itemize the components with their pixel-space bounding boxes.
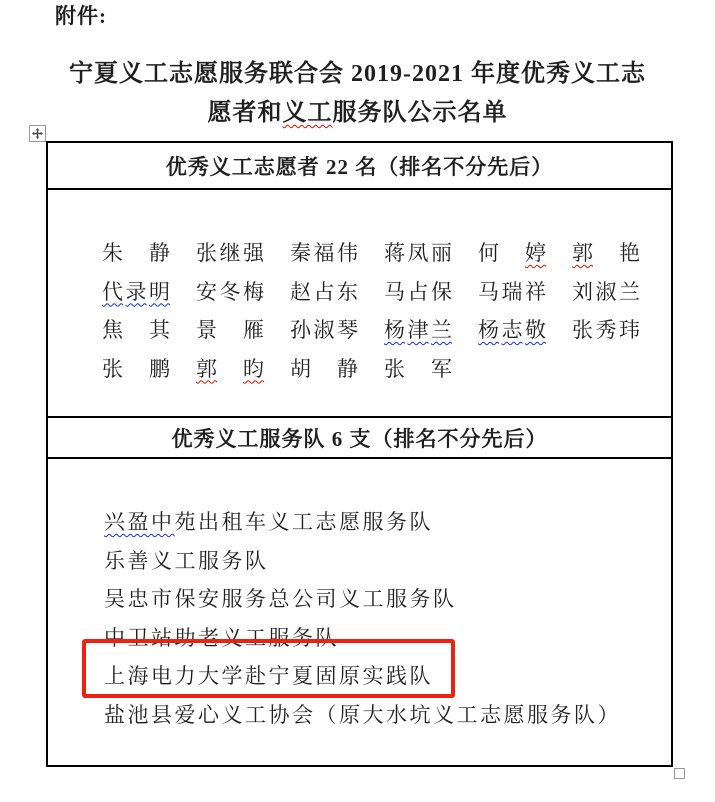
volunteer-name-char: 张 xyxy=(102,350,123,389)
spellcheck-underline-text: 义工 xyxy=(283,100,333,126)
volunteer-name-char: 何 xyxy=(478,234,499,273)
volunteer-name-char: 赵 xyxy=(290,273,311,312)
volunteer-name-char: 静 xyxy=(337,350,358,389)
volunteer-name: 代录明 xyxy=(102,273,170,312)
volunteer-names-cell: 朱静张继强秦福伟蒋凤丽何婷郭艳代录明安冬梅赵占东马占保马瑞祥刘淑兰焦其景雁孙淑琴… xyxy=(48,190,671,418)
volunteer-name-char: 兰 xyxy=(431,311,452,350)
title-line-2: 愿者和义工服务队公示名单 xyxy=(0,94,715,133)
volunteer-name-char: 梅 xyxy=(243,273,264,312)
volunteer-name: 马占保 xyxy=(384,273,452,312)
volunteer-name: 秦福伟 xyxy=(290,234,358,273)
volunteer-name-char: 杨 xyxy=(478,311,499,350)
volunteer-name-char: 瑞 xyxy=(502,273,523,312)
volunteer-name-char: 马 xyxy=(478,273,499,312)
volunteer-name: 马瑞祥 xyxy=(478,273,546,312)
volunteer-name-line: 张鹏郭昀胡静张军 xyxy=(102,350,671,389)
volunteer-name-char: 志 xyxy=(502,311,523,350)
table-move-handle-icon[interactable] xyxy=(29,125,46,142)
volunteer-name-char: 景 xyxy=(196,311,217,350)
volunteer-name-char: 秀 xyxy=(596,311,617,350)
volunteer-name-char: 秦 xyxy=(290,234,311,273)
volunteer-name: 何婷 xyxy=(478,234,546,273)
volunteer-name-char: 福 xyxy=(314,234,335,273)
volunteer-name-char: 张 xyxy=(572,311,593,350)
volunteer-name: 焦其 xyxy=(102,311,170,350)
team-list-cell: 兴盈中苑出租车义工志愿服务队乐善义工服务队吴忠市保安服务总公司义工服务队中卫站助… xyxy=(48,459,671,765)
volunteer-name-char: 蒋 xyxy=(384,234,405,273)
team-name-line: 兴盈中苑出租车义工志愿服务队 xyxy=(104,503,671,542)
volunteer-name-char: 鹏 xyxy=(149,350,170,389)
document-title: 宁夏义工志愿服务联合会 2019-2021 年度优秀义工志 愿者和义工服务队公示… xyxy=(0,55,715,133)
volunteer-name-char: 伟 xyxy=(337,234,358,273)
volunteer-name-char: 录 xyxy=(126,273,147,312)
volunteer-name-char: 刘 xyxy=(572,273,593,312)
volunteer-name-char: 强 xyxy=(243,234,264,273)
title-line-1: 宁夏义工志愿服务联合会 2019-2021 年度优秀义工志 xyxy=(0,55,715,94)
volunteer-name-char: 继 xyxy=(220,234,241,273)
table-resize-handle[interactable] xyxy=(674,768,685,779)
volunteer-name: 郭艳 xyxy=(572,234,640,273)
table-header-volunteers: 优秀义工志愿者 22 名（排名不分先后） xyxy=(48,143,671,190)
volunteer-name: 安冬梅 xyxy=(196,273,264,312)
volunteer-name-char: 郭 xyxy=(572,234,593,273)
volunteer-name-char: 占 xyxy=(314,273,335,312)
volunteer-name-char: 明 xyxy=(149,273,170,312)
volunteer-name-char: 凤 xyxy=(408,234,429,273)
table-header-teams: 优秀义工服务队 6 支（排名不分先后） xyxy=(48,418,671,459)
volunteer-name: 赵占东 xyxy=(290,273,358,312)
volunteer-name-char: 琴 xyxy=(337,311,358,350)
spellcheck-underline-text: 兴盈中 xyxy=(104,510,175,534)
volunteer-name: 朱静 xyxy=(102,234,170,273)
volunteer-name: 杨津兰 xyxy=(384,311,452,350)
volunteer-name-char: 杨 xyxy=(384,311,405,350)
volunteer-name-char: 雁 xyxy=(243,311,264,350)
volunteer-name: 张鹏 xyxy=(102,350,170,389)
volunteer-name-char: 兰 xyxy=(619,273,640,312)
volunteer-name-char: 婷 xyxy=(525,234,546,273)
volunteer-name-char: 朱 xyxy=(102,234,123,273)
volunteer-name-char: 祥 xyxy=(525,273,546,312)
volunteer-name-char: 其 xyxy=(149,311,170,350)
volunteer-name-char: 冬 xyxy=(220,273,241,312)
volunteer-name-char: 静 xyxy=(149,234,170,273)
team-name-line: 上海电力大学赴宁夏固原实践队 xyxy=(104,657,671,696)
volunteer-name-line: 朱静张继强秦福伟蒋凤丽何婷郭艳 xyxy=(102,234,671,273)
volunteer-name: 张秀玮 xyxy=(572,311,640,350)
volunteer-name-char: 安 xyxy=(196,273,217,312)
volunteer-name-char: 代 xyxy=(102,273,123,312)
title-line-2-suffix: 服务队公示名单 xyxy=(333,100,508,126)
volunteer-name: 张军 xyxy=(384,350,452,389)
volunteer-name-char: 军 xyxy=(431,350,452,389)
volunteer-name-line: 焦其景雁孙淑琴杨津兰杨志敬张秀玮 xyxy=(102,311,671,350)
volunteer-name-char: 张 xyxy=(384,350,405,389)
team-name-line: 中卫站助老义工服务队 xyxy=(104,619,671,658)
volunteer-name: 孙淑琴 xyxy=(290,311,358,350)
volunteer-name: 郭昀 xyxy=(196,350,264,389)
team-name-text: 苑出租车义工志愿服务队 xyxy=(175,510,434,534)
title-line-2-prefix: 愿者和 xyxy=(208,100,283,126)
volunteer-name-line: 代录明安冬梅赵占东马占保马瑞祥刘淑兰 xyxy=(102,273,671,312)
volunteer-name-char: 玮 xyxy=(619,311,640,350)
volunteer-name: 刘淑兰 xyxy=(572,273,640,312)
volunteer-name-char: 马 xyxy=(384,273,405,312)
volunteer-name-char: 津 xyxy=(408,311,429,350)
volunteer-name-char: 焦 xyxy=(102,311,123,350)
volunteer-name-char: 胡 xyxy=(290,350,311,389)
volunteer-name-char: 昀 xyxy=(243,350,264,389)
volunteer-name-char: 艳 xyxy=(619,234,640,273)
document-page: 附件: 宁夏义工志愿服务联合会 2019-2021 年度优秀义工志 愿者和义工服… xyxy=(0,0,715,802)
volunteer-name-char: 东 xyxy=(337,273,358,312)
volunteer-name: 杨志敬 xyxy=(478,311,546,350)
volunteer-name-char: 淑 xyxy=(596,273,617,312)
volunteer-name-char: 占 xyxy=(408,273,429,312)
volunteer-name: 张继强 xyxy=(196,234,264,273)
team-name-line: 吴忠市保安服务总公司义工服务队 xyxy=(104,580,671,619)
volunteer-name: 蒋凤丽 xyxy=(384,234,452,273)
move-cross-icon xyxy=(32,128,43,139)
team-name-line: 盐池县爱心义工协会（原大水坑义工志愿服务队） xyxy=(104,696,671,735)
volunteer-name-char: 张 xyxy=(196,234,217,273)
award-table: 优秀义工志愿者 22 名（排名不分先后） 朱静张继强秦福伟蒋凤丽何婷郭艳代录明安… xyxy=(46,141,673,767)
volunteer-name-char: 郭 xyxy=(196,350,217,389)
volunteer-name: 胡静 xyxy=(290,350,358,389)
attachment-label: 附件: xyxy=(55,0,107,30)
team-name-line: 乐善义工服务队 xyxy=(104,542,671,581)
volunteer-name-char: 敬 xyxy=(525,311,546,350)
volunteer-name-char: 淑 xyxy=(314,311,335,350)
volunteer-name-char: 保 xyxy=(431,273,452,312)
volunteer-name-char: 丽 xyxy=(431,234,452,273)
volunteer-name-char: 孙 xyxy=(290,311,311,350)
volunteer-name: 景雁 xyxy=(196,311,264,350)
